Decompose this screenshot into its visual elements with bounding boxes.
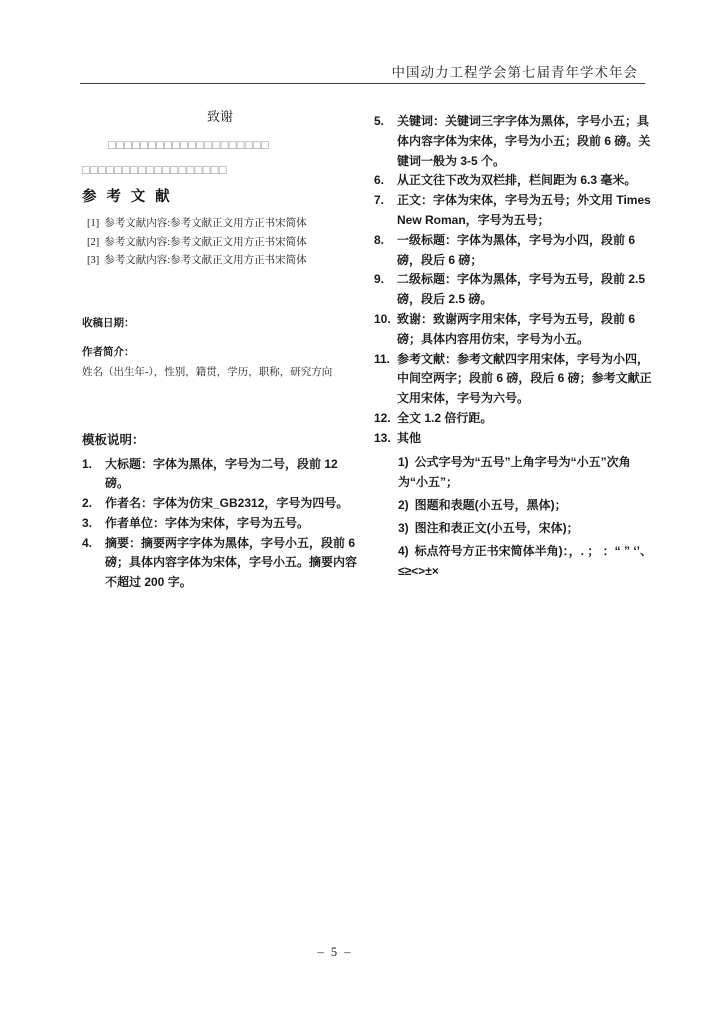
page-number: – 5 – xyxy=(80,945,590,960)
template-note-item: 1. 大标题：字体为黑体，字号为二号，段前 12 磅。 xyxy=(82,455,358,495)
placeholder-paragraph: □□□□□□□□□□□□□□□□□□□□ □□□□□□□□□□□□□□□□□□ xyxy=(82,133,358,183)
note-number: 6. xyxy=(374,171,397,191)
sub-note-text: 图注和表正文(小五号，宋体)； xyxy=(415,521,579,535)
right-column: 5. 关键词：关键词三字字体为黑体，字号小五；具体内容字体为宋体，字号为小五；段… xyxy=(374,104,653,581)
note-number: 1. xyxy=(82,455,105,475)
sub-note-text: 标点符号方正书宋简体半角)：，. ； ：“ ” ‘’、≤≥<>±× xyxy=(398,544,652,578)
template-notes-heading: 模板说明： xyxy=(82,432,358,448)
template-note-item: 13. 其他 xyxy=(374,429,653,449)
template-sub-note-item: 4)标点符号方正书宋简体半角)：，. ； ：“ ” ‘’、≤≥<>±× xyxy=(374,541,653,581)
placeholder-line: □□□□□□□□□□□□□□□□□□□□ xyxy=(82,133,358,158)
sub-note-number: 2) xyxy=(398,498,409,512)
template-note-item: 4. 摘要：摘要两字字体为黑体，字号小五，段前 6 磅；具体内容字体为宋体，字号… xyxy=(82,534,358,593)
template-note-item: 6. 从正文往下改为双栏排，栏间距为 6.3 毫米。 xyxy=(374,171,653,191)
note-text: 关键词：关键词三字字体为黑体，字号小五；具体内容字体为宋体，字号为小五；段前 6… xyxy=(397,112,653,171)
placeholder-line: □□□□□□□□□□□□□□□□□□ xyxy=(82,158,358,183)
note-number: 2. xyxy=(82,494,105,514)
header-rule xyxy=(80,83,645,84)
template-sub-note-item: 2)图题和表题(小五号，黑体)； xyxy=(374,495,653,515)
reference-text: 参考文献内容:参考文献正文用方正书宋简体 xyxy=(104,237,306,248)
note-text: 大标题：字体为黑体，字号为二号，段前 12 磅。 xyxy=(105,455,358,495)
note-text: 参考文献：参考文献四字用宋体，字号为小四，中间空两字；段前 6 磅，段后 6 磅… xyxy=(397,350,653,409)
template-note-item: 12. 全文 1.2 倍行距。 xyxy=(374,409,653,429)
template-sub-note-item: 1)公式字号为“五号”上角字号为“小五”次角为“小五”； xyxy=(374,452,653,492)
document-page: 中国动力工程学会第七届青年学术年会 致谢 □□□□□□□□□□□□□□□□□□□… xyxy=(0,0,720,1018)
reference-text: 参考文献内容:参考文献正文用方正书宋简体 xyxy=(104,218,306,229)
references-list: [1]参考文献内容:参考文献正文用方正书宋简体 [2]参考文献内容:参考文献正文… xyxy=(82,215,358,271)
header-title: 中国动力工程学会第七届青年学术年会 xyxy=(392,61,639,81)
acknowledgments-heading: 致谢 xyxy=(82,109,358,125)
reference-item: [1]参考文献内容:参考文献正文用方正书宋简体 xyxy=(87,215,358,234)
template-note-item: 9. 二级标题：字体为黑体，字号为五号，段前 2.5 磅，段后 2.5 磅。 xyxy=(374,270,653,310)
reference-text: 参考文献内容:参考文献正文用方正书宋简体 xyxy=(104,255,306,266)
reference-label: [2] xyxy=(87,237,99,248)
sub-note-number: 3) xyxy=(398,521,409,535)
note-number: 7. xyxy=(374,191,397,211)
note-text: 其他 xyxy=(397,429,653,449)
note-number: 11. xyxy=(374,350,397,370)
sub-note-number: 4) xyxy=(398,544,409,558)
note-number: 12. xyxy=(374,409,397,429)
template-sub-note-item: 3)图注和表正文(小五号，宋体)； xyxy=(374,518,653,538)
template-note-item: 7. 正文：字体为宋体，字号为五号；外文用 Times New Roman，字号… xyxy=(374,191,653,231)
template-notes-list: 5. 关键词：关键词三字字体为黑体，字号小五；具体内容字体为宋体，字号为小五；段… xyxy=(374,112,653,581)
template-note-item: 8. 一级标题：字体为黑体，字号为小四，段前 6 磅，段后 6 磅； xyxy=(374,231,653,271)
note-number: 9. xyxy=(374,270,397,290)
references-heading: 参考文献 xyxy=(82,189,358,205)
author-bio-text: 姓名（出生年-），性别，籍贯，学历，职称，研究方向 xyxy=(82,366,358,380)
note-text: 从正文往下改为双栏排，栏间距为 6.3 毫米。 xyxy=(397,171,653,191)
received-date-label: 收稿日期： xyxy=(82,316,358,330)
note-number: 4. xyxy=(82,534,105,554)
sub-note-text: 图题和表题(小五号，黑体)； xyxy=(415,498,567,512)
sub-note-text: 公式字号为“五号”上角字号为“小五”次角为“小五”； xyxy=(398,455,631,489)
note-number: 5. xyxy=(374,112,397,132)
note-text: 作者单位：字体为宋体，字号为五号。 xyxy=(105,514,358,534)
reference-label: [1] xyxy=(87,218,99,229)
template-note-item: 2. 作者名：字体为仿宋_GB2312，字号为四号。 xyxy=(82,494,358,514)
note-number: 8. xyxy=(374,231,397,251)
note-text: 致谢：致谢两字用宋体，字号为五号，段前 6 磅；具体内容用仿宋，字号为小五。 xyxy=(397,310,653,350)
note-number: 10. xyxy=(374,310,397,330)
note-number: 13. xyxy=(374,429,397,449)
template-note-item: 3. 作者单位：字体为宋体，字号为五号。 xyxy=(82,514,358,534)
template-note-item: 10. 致谢：致谢两字用宋体，字号为五号，段前 6 磅；具体内容用仿宋，字号为小… xyxy=(374,310,653,350)
note-text: 作者名：字体为仿宋_GB2312，字号为四号。 xyxy=(105,494,358,514)
reference-label: [3] xyxy=(87,255,99,266)
note-text: 一级标题：字体为黑体，字号为小四，段前 6 磅，段后 6 磅； xyxy=(397,231,653,271)
template-note-item: 5. 关键词：关键词三字字体为黑体，字号小五；具体内容字体为宋体，字号为小五；段… xyxy=(374,112,653,171)
left-column: 致谢 □□□□□□□□□□□□□□□□□□□□ □□□□□□□□□□□□□□□□… xyxy=(82,103,358,593)
author-bio-label: 作者简介： xyxy=(82,345,358,359)
note-number: 3. xyxy=(82,514,105,534)
template-note-item: 11. 参考文献：参考文献四字用宋体，字号为小四，中间空两字；段前 6 磅，段后… xyxy=(374,350,653,409)
note-text: 正文：字体为宋体，字号为五号；外文用 Times New Roman，字号为五号… xyxy=(397,191,653,231)
reference-item: [2]参考文献内容:参考文献正文用方正书宋简体 xyxy=(87,234,358,253)
note-text: 二级标题：字体为黑体，字号为五号，段前 2.5 磅，段后 2.5 磅。 xyxy=(397,270,653,310)
note-text: 摘要：摘要两字字体为黑体，字号小五，段前 6 磅；具体内容字体为宋体，字号小五。… xyxy=(105,534,358,593)
sub-note-number: 1) xyxy=(398,455,409,469)
template-notes-list: 1. 大标题：字体为黑体，字号为二号，段前 12 磅。 2. 作者名：字体为仿宋… xyxy=(82,455,358,594)
note-text: 全文 1.2 倍行距。 xyxy=(397,409,653,429)
reference-item: [3]参考文献内容:参考文献正文用方正书宋简体 xyxy=(87,252,358,271)
